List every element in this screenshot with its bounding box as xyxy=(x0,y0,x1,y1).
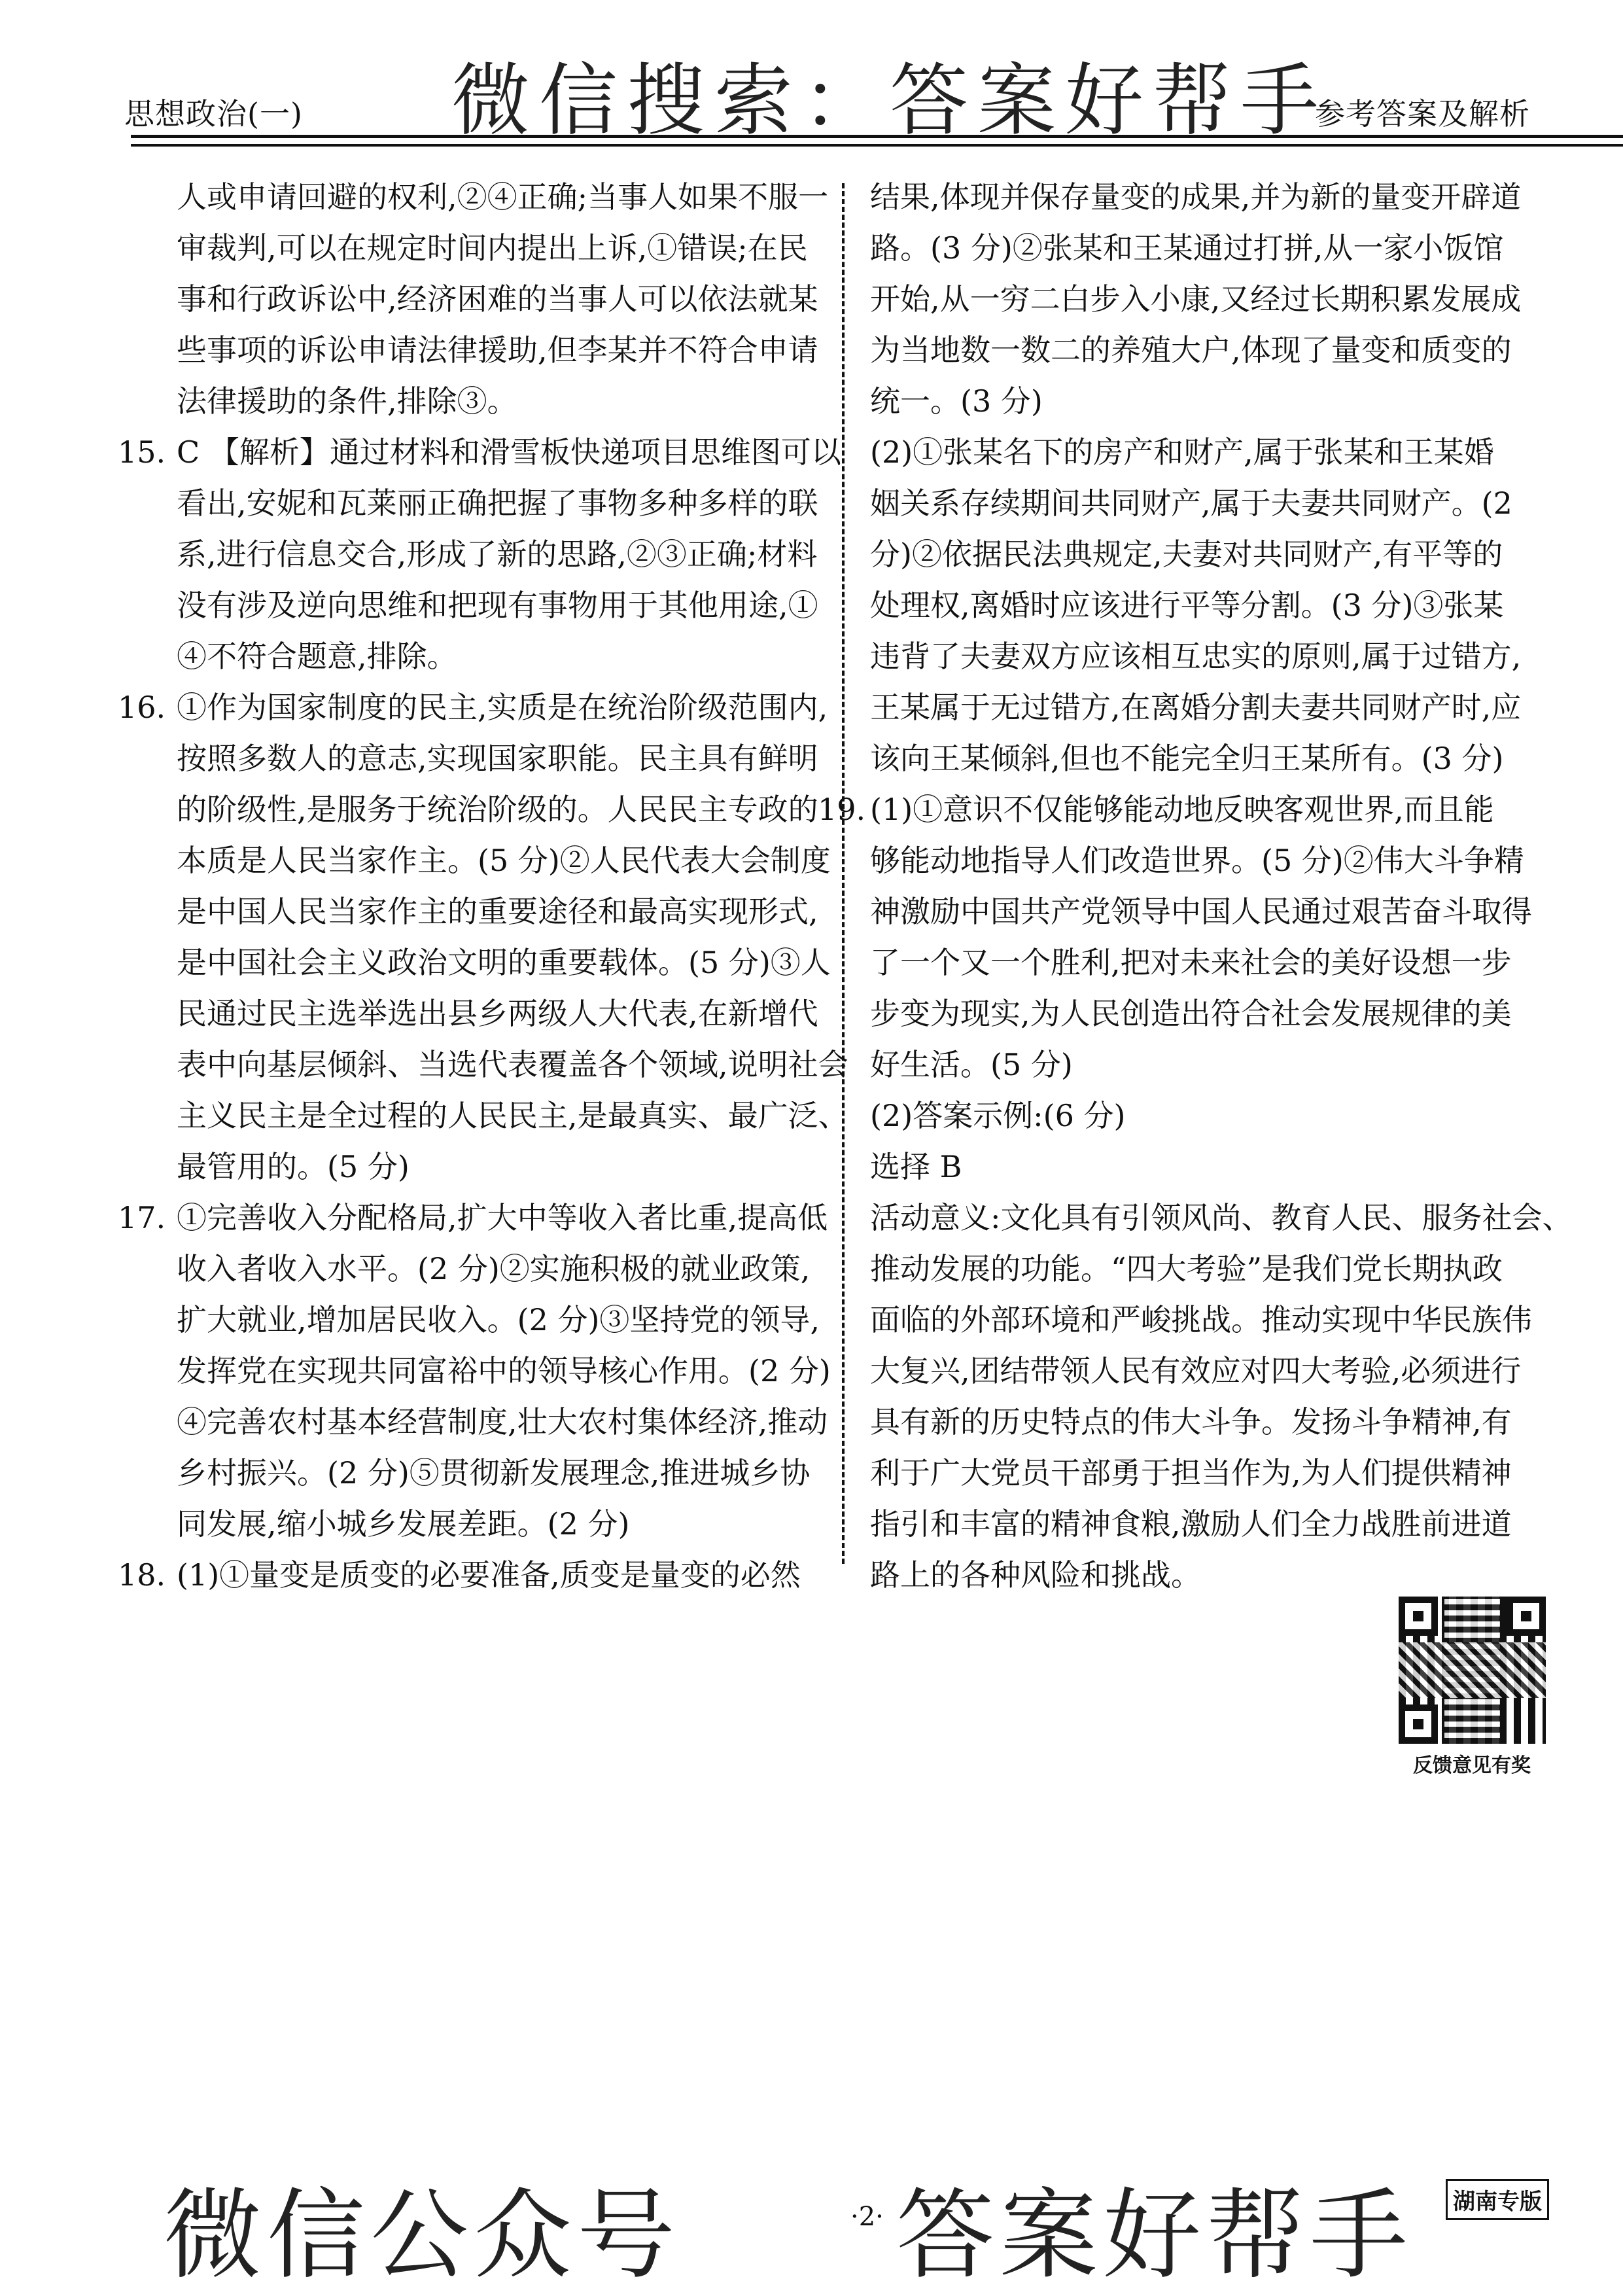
header-subject: 思想政治(一) xyxy=(124,90,303,133)
text-line: 为当地数一数二的养殖大户,体现了量变和质变的 xyxy=(870,325,1590,376)
text-line: (1)①意识不仅能够能动地反映客观世界,而且能 xyxy=(870,784,1590,835)
answer-16: 16. ①作为国家制度的民主,实质是在统治阶级范围内, 按照多数人的意志,实现国… xyxy=(118,682,824,1192)
text-line: 路。(3 分)②张某和王某通过打拼,从一家小饭馆 xyxy=(870,222,1590,274)
question-number: 15. xyxy=(118,427,177,682)
answer-19: 19. (1)①意识不仅能够能动地反映客观世界,而且能 够能动地指导人们改造世界… xyxy=(818,784,1590,1600)
text-line: 王某属于无过错方,在离婚分割夫妻共同财产时,应 xyxy=(870,682,1590,733)
answer-18-start: 18. (1)①量变是质变的必要准备,质变是量变的必然 xyxy=(118,1549,824,1600)
footer-watermark-left: 微信公众号 xyxy=(164,2156,680,2296)
feedback-qr-block: 反馈意见有奖 xyxy=(1397,1597,1547,1778)
text-line: 了一个又一个胜利,把对未来社会的美好设想一步 xyxy=(870,937,1590,988)
answer-17: 17. ①完善收入分配格局,扩大中等收入者比重,提高低 收入者收入水平。(2 分… xyxy=(118,1192,824,1549)
text-line: 本质是人民当家作主。(5 分)②人民代表大会制度 xyxy=(177,835,848,886)
text-line: 神激励中国共产党领导中国人民通过艰苦奋斗取得 xyxy=(870,886,1590,937)
text-line: 处理权,离婚时应该进行平等分割。(3 分)③张某 xyxy=(870,580,1590,631)
text-line: 该向王某倾斜,但也不能完全归王某所有。(3 分) xyxy=(870,733,1590,784)
qr-caption: 反馈意见有奖 xyxy=(1397,1749,1547,1778)
text-line: 审裁判,可以在规定时间内提出上诉,①错误;在民 xyxy=(177,222,824,274)
text-line: ①完善收入分配格局,扩大中等收入者比重,提高低 xyxy=(177,1192,831,1243)
text-line: 活动意义:文化具有引领风尚、教育人民、服务社会、 xyxy=(870,1192,1590,1243)
text-line: 些事项的诉讼申请法律援助,但李某并不符合申请 xyxy=(177,325,824,376)
text-line: 是中国人民当家作主的重要途径和最高实现形式, xyxy=(177,886,848,937)
answer-18-continuation: 结果,体现并保存量变的成果,并为新的量变开辟道 路。(3 分)②张某和王某通过打… xyxy=(870,171,1590,784)
edition-badge: 湖南专版 xyxy=(1446,2179,1549,2220)
text-line: (1)①量变是质变的必要准备,质变是量变的必然 xyxy=(177,1549,824,1600)
text-line: 违背了夫妻双方应该相互忠实的原则,属于过错方, xyxy=(870,631,1590,682)
text-line: 面临的外部环境和严峻挑战。推动实现中华民族伟 xyxy=(870,1294,1590,1345)
text-line: 发挥党在实现共同富裕中的领导核心作用。(2 分) xyxy=(177,1345,831,1396)
text-line: 大复兴,团结带领人民有效应对四大考验,必须进行 xyxy=(870,1345,1590,1396)
text-line: 事和行政诉讼中,经济困难的当事人可以依法就某 xyxy=(177,274,824,325)
text-line: 结果,体现并保存量变的成果,并为新的量变开辟道 xyxy=(870,171,1590,222)
question-number: 17. xyxy=(118,1192,177,1549)
text-line: (2)①张某名下的房产和财产,属于张某和王某婚 xyxy=(870,427,1590,478)
header-rule-bottom xyxy=(131,144,1623,147)
text-line: 没有涉及逆向思维和把现有事物用于其他用途,① xyxy=(177,580,841,631)
q14-continuation: 人或申请回避的权利,②④正确;当事人如果不服一 审裁判,可以在规定时间内提出上诉… xyxy=(118,171,824,427)
text-line: C 【解析】通过材料和滑雪板快递项目思维图可以 xyxy=(177,427,841,478)
text-line: 路上的各种风险和挑战。 xyxy=(870,1549,1590,1600)
text-line: 选择 B xyxy=(870,1141,1590,1192)
header-section: 参考答案及解析 xyxy=(1315,90,1530,133)
text-line: 系,进行信息交合,形成了新的思路,②③正确;材料 xyxy=(177,529,841,580)
text-line: ④不符合题意,排除。 xyxy=(177,631,841,682)
left-column: 人或申请回避的权利,②④正确;当事人如果不服一 审裁判,可以在规定时间内提出上诉… xyxy=(118,171,824,1600)
text-line: 具有新的历史特点的伟大斗争。发扬斗争精神,有 xyxy=(870,1396,1590,1447)
text-line: ④完善农村基本经营制度,壮大农村集体经济,推动 xyxy=(177,1396,831,1447)
text-line: 姻关系存续期间共同财产,属于夫妻共同财产。(2 xyxy=(870,478,1590,529)
footer-watermark-right: 答案好帮手 xyxy=(896,2156,1413,2296)
text-line: 主义民主是全过程的人民民主,是最真实、最广泛、 xyxy=(177,1090,848,1141)
text-line: 民通过民主选举选出县乡两级人大代表,在新增代 xyxy=(177,988,848,1039)
text-line: 收入者收入水平。(2 分)②实施积极的就业政策, xyxy=(177,1243,831,1294)
text-line: 看出,安妮和瓦莱丽正确把握了事物多种多样的联 xyxy=(177,478,841,529)
text-line: 利于广大党员干部勇于担当作为,为人们提供精神 xyxy=(870,1447,1590,1498)
text-line: 表中向基层倾斜、当选代表覆盖各个领域,说明社会 xyxy=(177,1039,848,1090)
question-number: 18. xyxy=(118,1549,177,1600)
qr-code-icon[interactable] xyxy=(1399,1597,1546,1744)
page-number: ·2· xyxy=(850,2202,884,2232)
text-line: 乡村振兴。(2 分)⑤贯彻新发展理念,推进城乡协 xyxy=(177,1447,831,1498)
right-column: 结果,体现并保存量变的成果,并为新的量变开辟道 路。(3 分)②张某和王某通过打… xyxy=(870,171,1590,1600)
text-line: 最管用的。(5 分) xyxy=(177,1141,848,1192)
text-line: 法律援助的条件,排除③。 xyxy=(177,376,824,427)
text-line: 步变为现实,为人民创造出符合社会发展规律的美 xyxy=(870,988,1590,1039)
text-line: 分)②依据民法典规定,夫妻对共同财产,有平等的 xyxy=(870,529,1590,580)
text-line: 好生活。(5 分) xyxy=(870,1039,1590,1090)
text-line: 推动发展的功能。“四大考验”是我们党长期执政 xyxy=(870,1243,1590,1294)
text-line: 按照多数人的意志,实现国家职能。民主具有鲜明 xyxy=(177,733,848,784)
text-line: 开始,从一穷二白步入小康,又经过长期积累发展成 xyxy=(870,274,1590,325)
text-line: 扩大就业,增加居民收入。(2 分)③坚持党的领导, xyxy=(177,1294,831,1345)
text-line: 是中国社会主义政治文明的重要载体。(5 分)③人 xyxy=(177,937,848,988)
header-rule-top xyxy=(131,135,1623,138)
text-line: 够能动地指导人们改造世界。(5 分)②伟大斗争精 xyxy=(870,835,1590,886)
text-line: 统一。(3 分) xyxy=(870,376,1590,427)
text-line: 的阶级性,是服务于统治阶级的。人民民主专政的 xyxy=(177,784,848,835)
text-line: ①作为国家制度的民主,实质是在统治阶级范围内, xyxy=(177,682,848,733)
header-watermark: 微信搜索：答案好帮手 xyxy=(451,38,1328,150)
question-number: 16. xyxy=(118,682,177,1192)
question-number: 19. xyxy=(818,784,870,1600)
text-line: 指引和丰富的精神食粮,激励人们全力战胜前进道 xyxy=(870,1498,1590,1549)
text-line: (2)答案示例:(6 分) xyxy=(870,1090,1590,1141)
text-line: 同发展,缩小城乡发展差距。(2 分) xyxy=(177,1498,831,1549)
answer-15: 15. C 【解析】通过材料和滑雪板快递项目思维图可以 看出,安妮和瓦莱丽正确把… xyxy=(118,427,824,682)
text-line: 人或申请回避的权利,②④正确;当事人如果不服一 xyxy=(177,171,824,222)
